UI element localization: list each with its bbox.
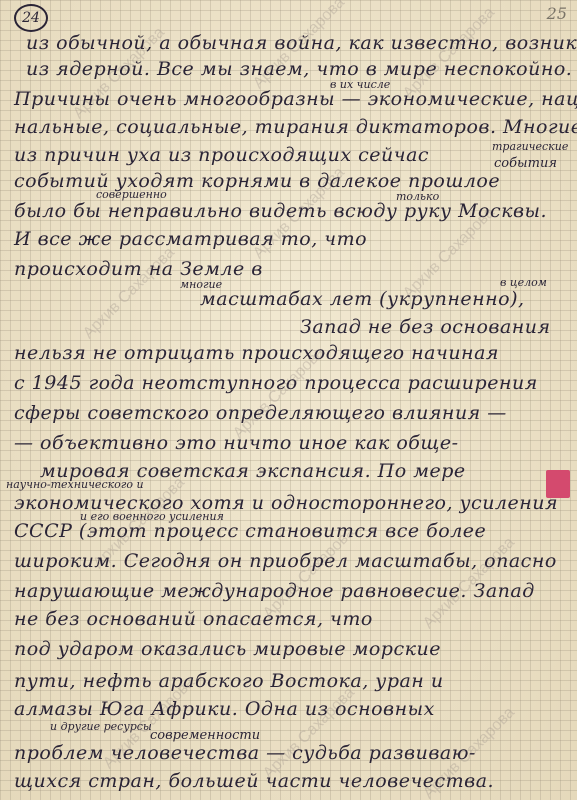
- text-line: пути, нефть арабского Востока, уран и: [14, 672, 444, 691]
- text-line: происходит на Земле в: [14, 260, 263, 279]
- text-line: из ядерной. Все мы знаем, что в мире нес…: [26, 60, 572, 79]
- insertion-note: современности: [150, 728, 260, 743]
- text-line: из обычной, а обычная война, как известн…: [26, 34, 577, 53]
- text-line: Причины очень многообразны — экономическ…: [14, 90, 577, 109]
- text-line: проблем человечества — судьба развиваю-: [14, 744, 476, 763]
- text-line: было бы неправильно видеть всюду руку Мо…: [14, 202, 547, 221]
- text-line: под ударом оказались мировые морские: [14, 640, 441, 659]
- archive-stamp-number: 24: [14, 4, 48, 32]
- text-line: сферы советского определяющего влияния —: [14, 404, 507, 423]
- text-line: нальные, социальные, тирания диктаторов.…: [14, 118, 577, 137]
- text-line: широким. Сегодня он приобрел масштабы, о…: [14, 552, 557, 571]
- text-line: — объективно это ничто иное как обще-: [14, 434, 459, 453]
- text-line: не без оснований опасается, что: [14, 610, 373, 629]
- insertion-note: трагические: [492, 140, 568, 153]
- text-line: из причин уха из происходящих сейчас: [14, 146, 429, 165]
- text-line: СССР (этот процесс становится все более: [14, 522, 486, 541]
- text-line: нельзя не отрицать происходящего начиная: [14, 344, 499, 363]
- text-line: Запад не без основания: [300, 318, 551, 337]
- text-line: щихся стран, большей части человечества.: [14, 772, 494, 791]
- text-line: И все же рассматривая то, что: [14, 230, 367, 249]
- insertion-note: научно-технического и: [6, 478, 144, 491]
- text-line: нарушающие международное равновесие. Зап…: [14, 582, 535, 601]
- text-line: событий уходят корнями в далекое прошлое: [14, 172, 500, 191]
- text-line: масштабах лет (укрупненно),: [200, 290, 525, 309]
- text-line: с 1945 года неотступного процесса расшир…: [14, 374, 538, 393]
- page-number: 25: [547, 4, 567, 23]
- manuscript-page: Архив Сахарова Архив Сахарова Архив Саха…: [0, 0, 577, 800]
- text-line: алмазы Юга Африки. Одна из основных: [14, 700, 435, 719]
- insertion-note: события: [494, 156, 557, 171]
- insertion-note: и другие ресурсы: [50, 720, 152, 733]
- struck-text-line: [14, 290, 204, 308]
